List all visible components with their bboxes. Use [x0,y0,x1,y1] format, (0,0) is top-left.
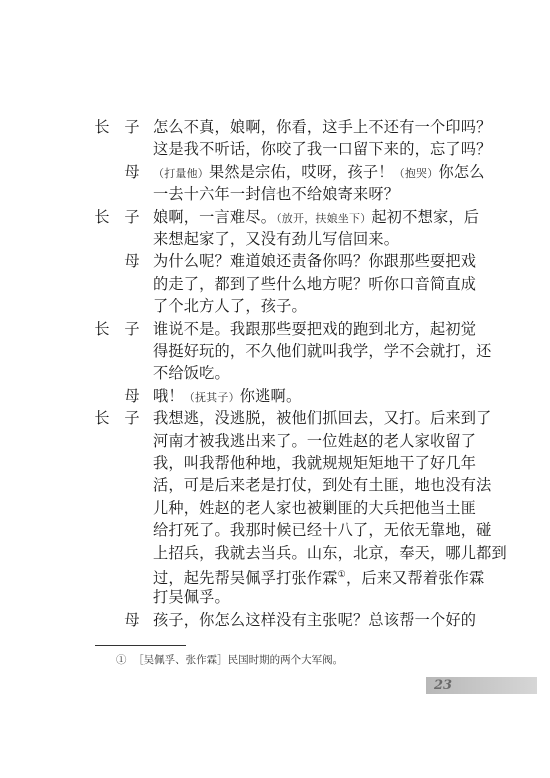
dialogue-segment: 果然是宗佑，哎呀，孩子！ [209,163,394,181]
dialogue-text: 活，可是后来老是打仗，到处有土匪，地也没有法 [153,474,492,496]
speaker-label: 子 [124,116,140,138]
page-number-bar: 23 [426,677,537,694]
dialogue-text: 孩子，你怎么这样没有主张呢？总该帮一个好的 [153,609,476,631]
dialogue-text: 的走了，都到了些什么地方呢？听你口音简直成 [153,273,476,295]
dialogue-text: 我，叫我帮他种地，我就规规矩矩地干了好几年 [153,452,476,474]
dialogue-text: 河南才被我逃出来了。一位姓赵的老人家收留了 [153,430,476,452]
dialogue-text: 上招兵，我就去当兵。山东，北京，奉天，哪儿都到 [153,542,507,564]
footnote-marker: ① [116,654,127,666]
dialogue-text: 了个北方人了，孩子。 [153,295,307,317]
dialogue-text: 我想逃，没逃脱，被他们抓回去，又打。后来到了 [153,407,492,429]
dialogue-text: 这是我不听话，你咬了我一口留下来的，忘了吗？ [153,138,492,160]
dialogue-text: 哦！（抚其子）你逃啊。 [153,385,301,409]
footnote-divider [95,645,186,646]
dialogue-segment: 娘啊，一言难尽。 [153,208,276,226]
stage-direction: （打量他） [153,167,209,180]
stage-direction: （抚其子） [184,391,240,404]
speaker-label: 子 [124,407,140,429]
speaker-label: 子 [124,206,140,228]
dialogue-segment: 过，起先帮吴佩孚打张作霖 [153,569,338,587]
dialogue-segment: 你怎么 [438,163,484,181]
dialogue-text: 打吴佩孚。 [153,586,230,608]
stage-direction: （抱哭） [394,167,439,180]
dialogue-text: 儿种，姓赵的老人家也被剿匪的大兵把他当土匪 [153,497,476,519]
speaker-label: 子 [124,318,140,340]
footnote-ref: ① [338,570,346,580]
dialogue-text: 不给饭吃。 [153,362,230,384]
dialogue-text: 谁说不是。我跟那些耍把戏的跑到北方，起初觉 [153,318,476,340]
dialogue-segment: 哦！ [153,387,184,405]
speaker-label: 母 [124,250,140,272]
dialogue-text: 怎么不真，娘啊，你看，这手上不还有一个印吗？ [153,116,492,138]
speaker-label: 长 [94,407,110,429]
dialogue-text: 一去十六年一封信也不给娘寄来呀？ [153,183,399,205]
dialogue-text: 娘啊，一言难尽。（放开，扶娘坐下）起初不想家，后 [153,206,479,230]
dialogue-segment: ，后来又帮着张作霖 [346,569,485,587]
speaker-label: 长 [94,206,110,228]
footnote-text: ［吴佩孚、张作霖］民国时期的两个大军阀。 [133,654,343,666]
speaker-label: 长 [94,116,110,138]
dialogue-segment: 起初不想家，后 [371,208,479,226]
speaker-label: 长 [94,318,110,340]
footnote: ① ［吴佩孚、张作霖］民国时期的两个大军阀。 [116,652,343,668]
speaker-label: 母 [124,161,140,183]
speaker-label: 母 [124,609,140,631]
page-number: 23 [434,677,452,694]
dialogue-text: 来想起家了，又没有劲儿写信回来。 [153,228,399,250]
dialogue-text: 为什么呢？难道娘还责备你吗？你跟那些耍把戏 [153,250,476,272]
dialogue-text: 给打死了。我那时候已经十八了，无依无靠地，碰 [153,519,492,541]
dialogue-text: （打量他）果然是宗佑，哎呀，孩子！（抱哭）你怎么 [153,161,485,185]
stage-direction: （放开，扶娘坐下） [276,212,371,225]
speaker-label: 母 [124,385,140,407]
dialogue-text: 得挺好玩的，不久他们就叫我学，学不会就打，还 [153,340,492,362]
dialogue-segment: 你逃啊。 [240,387,302,405]
